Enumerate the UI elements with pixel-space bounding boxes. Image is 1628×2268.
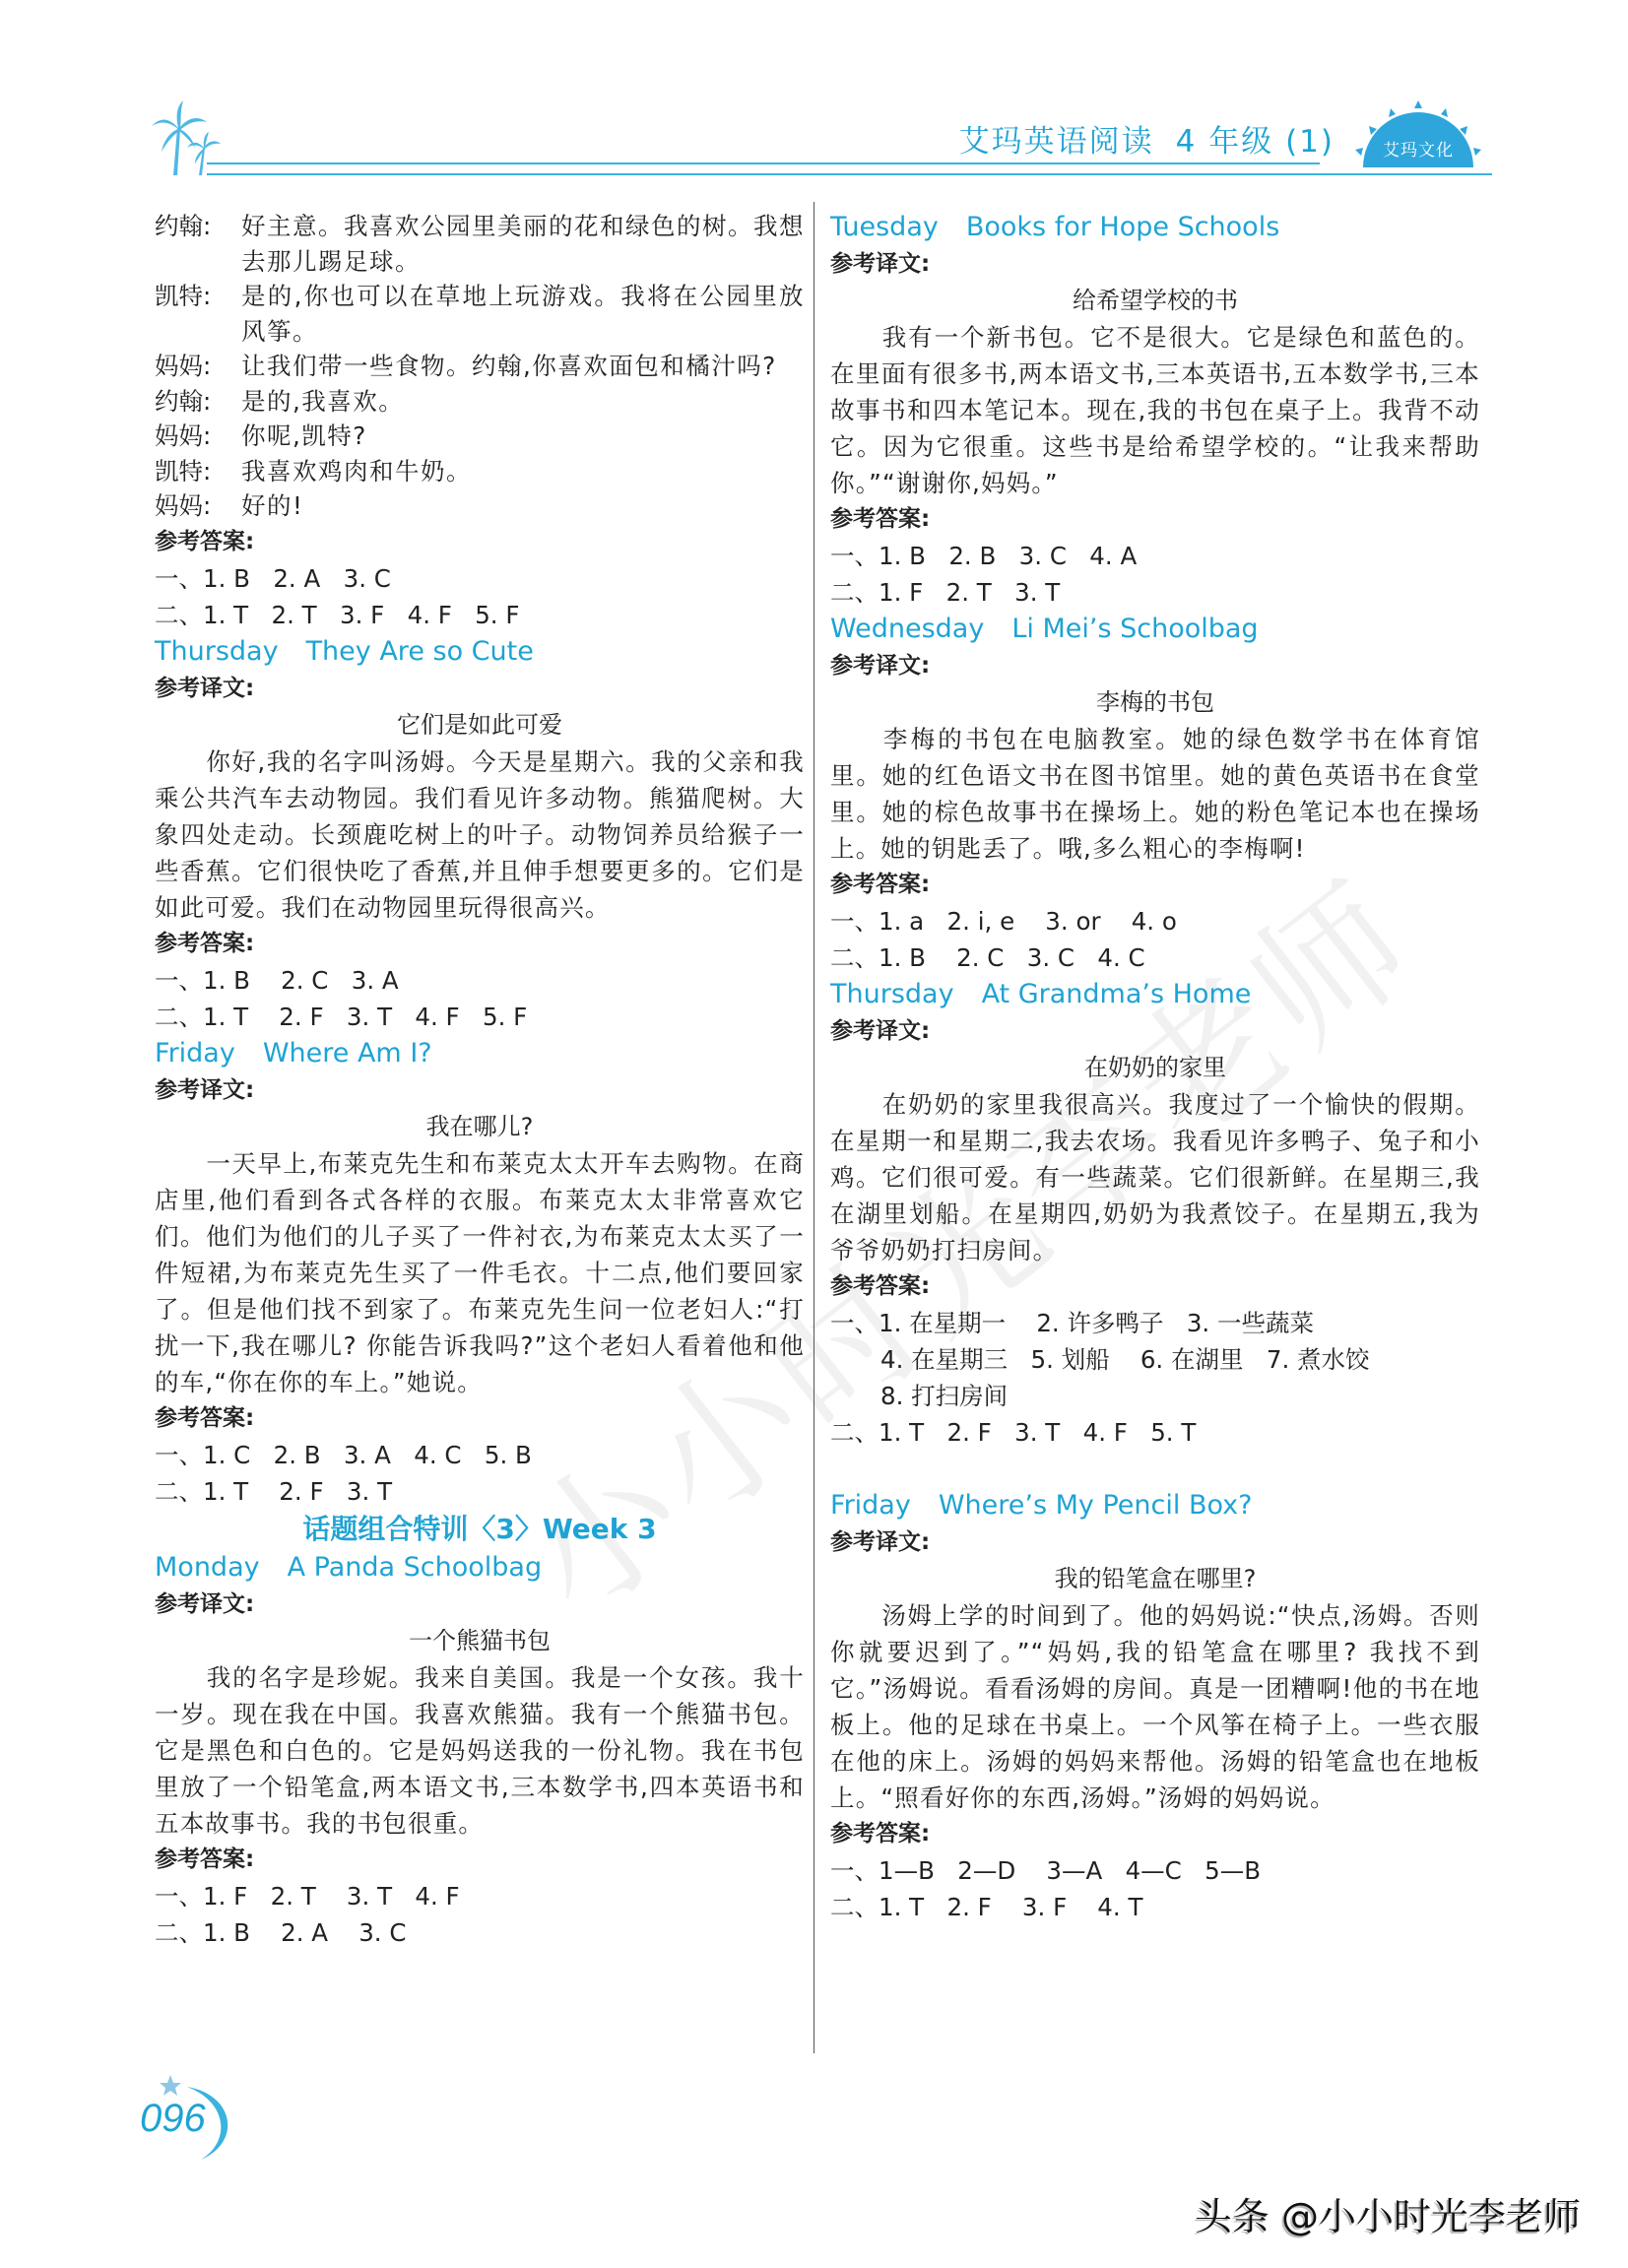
translation-title: 我在哪儿? — [155, 1109, 805, 1145]
answer-line: 二、1. T 2. F 3. F 4. T — [830, 1889, 1480, 1925]
translation-label: 参考译文: — [155, 671, 805, 707]
translation-body: 一天早上,布莱克先生和布莱克太太开车去购物。在商店里,他们看到各式各样的衣服。布… — [155, 1145, 805, 1400]
publisher-badge: 艾玛文化 — [1365, 136, 1471, 161]
answer-line: 一、1. F 2. T 3. T 4. F — [155, 1878, 805, 1914]
speaker: 约翰: — [155, 209, 241, 279]
utterance: 好的! — [241, 488, 805, 524]
utterance: 你呢,凯特? — [241, 419, 805, 454]
answer-label: 参考答案: — [830, 501, 1480, 538]
translation-body: 李梅的书包在电脑教室。她的绿色数学书在体育馆里。她的红色语文书在图书馆里。她的黄… — [830, 721, 1480, 867]
translation-label: 参考译文: — [830, 1524, 1480, 1561]
utterance: 好主意。我喜欢公园里美丽的花和绿色的树。我想去那儿踢足球。 — [241, 209, 805, 279]
day-label: Wednesday — [830, 614, 984, 644]
answer-label: 参考答案: — [155, 524, 805, 560]
translation-title: 我的铅笔盒在哪里? — [830, 1561, 1480, 1597]
page-header: 艾玛英语阅读4 年级 (1) 艾玛文化 — [148, 98, 1487, 187]
speaker: 妈妈: — [155, 419, 241, 454]
day-label: Friday — [830, 1490, 911, 1521]
section-thursday-cute: ThursdayThey Are so Cute 参考译文: 它们是如此可爱 你… — [155, 633, 805, 1035]
book-title: 艾玛英语阅读4 年级 (1) — [959, 116, 1335, 161]
answer-line: 二、1. B 2. A 3. C — [155, 1914, 805, 1951]
speaker: 约翰: — [155, 384, 241, 420]
answer-label: 参考答案: — [830, 867, 1480, 903]
series-title: 艾玛英语阅读 — [959, 124, 1154, 160]
story-title: Books for Hope Schools — [966, 212, 1279, 242]
answer-line: 二、1. F 2. T 3. T — [830, 574, 1480, 611]
dialogue-line: 妈妈:好的! — [155, 488, 805, 524]
section-heading: MondayA Panda Schoolbag — [155, 1549, 805, 1587]
answer-line: 二、1. T 2. F 3. T 4. F 5. F — [155, 999, 805, 1035]
translation-label: 参考译文: — [155, 1587, 805, 1623]
section-monday-panda: MondayA Panda Schoolbag 参考译文: 一个熊猫书包 我的名… — [155, 1549, 805, 1951]
dialogue: 约翰:好主意。我喜欢公园里美丽的花和绿色的树。我想去那儿踢足球。 凯特:是的,你… — [155, 209, 805, 524]
answer-label: 参考答案: — [830, 1816, 1480, 1852]
section-heading: TuesdayBooks for Hope Schools — [830, 209, 1480, 246]
answer-label: 参考答案: — [155, 926, 805, 962]
story-title: Li Mei’s Schoolbag — [1011, 614, 1258, 644]
answer-label: 参考答案: — [155, 1842, 805, 1878]
answer-line: 一、1—B 2—D 3—A 4—C 5—B — [830, 1852, 1480, 1889]
section-heading: FridayWhere’s My Pencil Box? — [830, 1487, 1480, 1524]
section-heading: ThursdayThey Are so Cute — [155, 633, 805, 671]
section-heading: ThursdayAt Grandma’s Home — [830, 976, 1480, 1013]
story-title: At Grandma’s Home — [982, 979, 1252, 1009]
story-title: Where Am I? — [263, 1038, 432, 1069]
dialogue-line: 凯特:我喜欢鸡肉和牛奶。 — [155, 454, 805, 489]
answer-line: 8. 打扫房间 — [830, 1378, 1480, 1414]
section-friday-where-am-i: FridayWhere Am I? 参考译文: 我在哪儿? 一天早上,布莱克先生… — [155, 1035, 805, 1510]
answer-line: 一、1. B 2. A 3. C — [155, 560, 805, 597]
grade-label: 4 年级 (1) — [1176, 124, 1335, 160]
dialogue-line: 妈妈:你呢,凯特? — [155, 419, 805, 454]
day-label: Tuesday — [830, 212, 939, 242]
right-column: TuesdayBooks for Hope Schools 参考译文: 给希望学… — [830, 209, 1480, 1925]
story-title: They Are so Cute — [306, 636, 534, 667]
translation-label: 参考译文: — [830, 648, 1480, 684]
utterance: 让我们带一些食物。约翰,你喜欢面包和橘汁吗? — [241, 349, 805, 384]
section-thursday-grandma: ThursdayAt Grandma’s Home 参考译文: 在奶奶的家里 在… — [830, 976, 1480, 1451]
answer-label: 参考答案: — [830, 1268, 1480, 1305]
translation-body: 我的名字是珍妮。我来自美国。我是一个女孩。我十一岁。现在我在中国。我喜欢熊猫。我… — [155, 1659, 805, 1842]
day-label: Thursday — [155, 636, 279, 667]
week-title: 话题组合特训〈3〉Week 3 — [155, 1510, 805, 1549]
translation-title: 它们是如此可爱 — [155, 707, 805, 744]
speaker: 凯特: — [155, 279, 241, 349]
answer-line: 二、1. T 2. F 3. T 4. F 5. T — [830, 1414, 1480, 1451]
answer-line: 一、1. C 2. B 3. A 4. C 5. B — [155, 1437, 805, 1473]
answer-line: 二、1. T 2. F 3. T — [155, 1473, 805, 1510]
answer-line: 一、1. B 2. B 3. C 4. A — [830, 538, 1480, 574]
translation-title: 在奶奶的家里 — [830, 1050, 1480, 1086]
column-divider — [814, 202, 814, 2053]
dialogue-line: 妈妈:让我们带一些食物。约翰,你喜欢面包和橘汁吗? — [155, 349, 805, 384]
answer-line: 一、1. 在星期一 2. 许多鸭子 3. 一些蔬菜 — [830, 1305, 1480, 1341]
translation-label: 参考译文: — [830, 1013, 1480, 1050]
utterance: 是的,我喜欢。 — [241, 384, 805, 420]
answer-line: 一、1. a 2. i, e 3. or 4. o — [830, 903, 1480, 940]
header-rule-bottom — [207, 173, 1492, 175]
header-rule-top — [207, 162, 1320, 164]
section-heading: WednesdayLi Mei’s Schoolbag — [830, 611, 1480, 648]
page-number-badge: 096 — [126, 2073, 254, 2162]
story-title: A Panda Schoolbag — [288, 1552, 543, 1583]
translation-body: 我有一个新书包。它不是很大。它是绿色和蓝色的。在里面有很多书,两本语文书,三本英… — [830, 319, 1480, 501]
translation-body: 在奶奶的家里我很高兴。我度过了一个愉快的假期。在星期一和星期二,我去农场。我看见… — [830, 1086, 1480, 1268]
translation-body: 你好,我的名字叫汤姆。今天是星期六。我的父亲和我乘公共汽车去动物园。我们看见许多… — [155, 744, 805, 926]
utterance: 是的,你也可以在草地上玩游戏。我将在公园里放风筝。 — [241, 279, 805, 349]
translation-title: 李梅的书包 — [830, 684, 1480, 721]
dialogue-line: 约翰:好主意。我喜欢公园里美丽的花和绿色的树。我想去那儿踢足球。 — [155, 209, 805, 279]
day-label: Thursday — [830, 979, 954, 1009]
speaker: 凯特: — [155, 454, 241, 489]
answer-line: 二、1. B 2. C 3. C 4. C — [830, 940, 1480, 976]
translation-title: 给希望学校的书 — [830, 283, 1480, 319]
answer-line: 二、1. T 2. T 3. F 4. F 5. F — [155, 597, 805, 633]
day-label: Friday — [155, 1038, 235, 1069]
story-title: Where’s My Pencil Box? — [939, 1490, 1253, 1521]
spacer — [830, 1451, 1480, 1487]
dialogue-line: 约翰:是的,我喜欢。 — [155, 384, 805, 420]
page-number: 096 — [140, 2097, 206, 2141]
answer-label: 参考答案: — [155, 1400, 805, 1437]
section-tuesday-books: TuesdayBooks for Hope Schools 参考译文: 给希望学… — [830, 209, 1480, 611]
speaker: 妈妈: — [155, 488, 241, 524]
utterance: 我喜欢鸡肉和牛奶。 — [241, 454, 805, 489]
translation-body: 汤姆上学的时间到了。他的妈妈说:“快点,汤姆。否则你就要迟到了。”“妈妈,我的铅… — [830, 1597, 1480, 1816]
answer-line: 4. 在星期三 5. 划船 6. 在湖里 7. 煮水饺 — [830, 1341, 1480, 1378]
palm-tree-icon — [148, 98, 236, 177]
section-friday-pencil-box: FridayWhere’s My Pencil Box? 参考译文: 我的铅笔盒… — [830, 1487, 1480, 1925]
section-wednesday-schoolbag: WednesdayLi Mei’s Schoolbag 参考译文: 李梅的书包 … — [830, 611, 1480, 976]
left-column: 约翰:好主意。我喜欢公园里美丽的花和绿色的树。我想去那儿踢足球。 凯特:是的,你… — [155, 209, 805, 1951]
translation-label: 参考译文: — [830, 246, 1480, 283]
dialogue-line: 凯特:是的,你也可以在草地上玩游戏。我将在公园里放风筝。 — [155, 279, 805, 349]
translation-title: 一个熊猫书包 — [155, 1623, 805, 1659]
answer-line: 一、1. B 2. C 3. A — [155, 962, 805, 999]
speaker: 妈妈: — [155, 349, 241, 384]
section-heading: FridayWhere Am I? — [155, 1035, 805, 1072]
source-credit: 头条 @小小时光李老师 — [1195, 2186, 1581, 2240]
day-label: Monday — [155, 1552, 260, 1583]
translation-label: 参考译文: — [155, 1072, 805, 1109]
